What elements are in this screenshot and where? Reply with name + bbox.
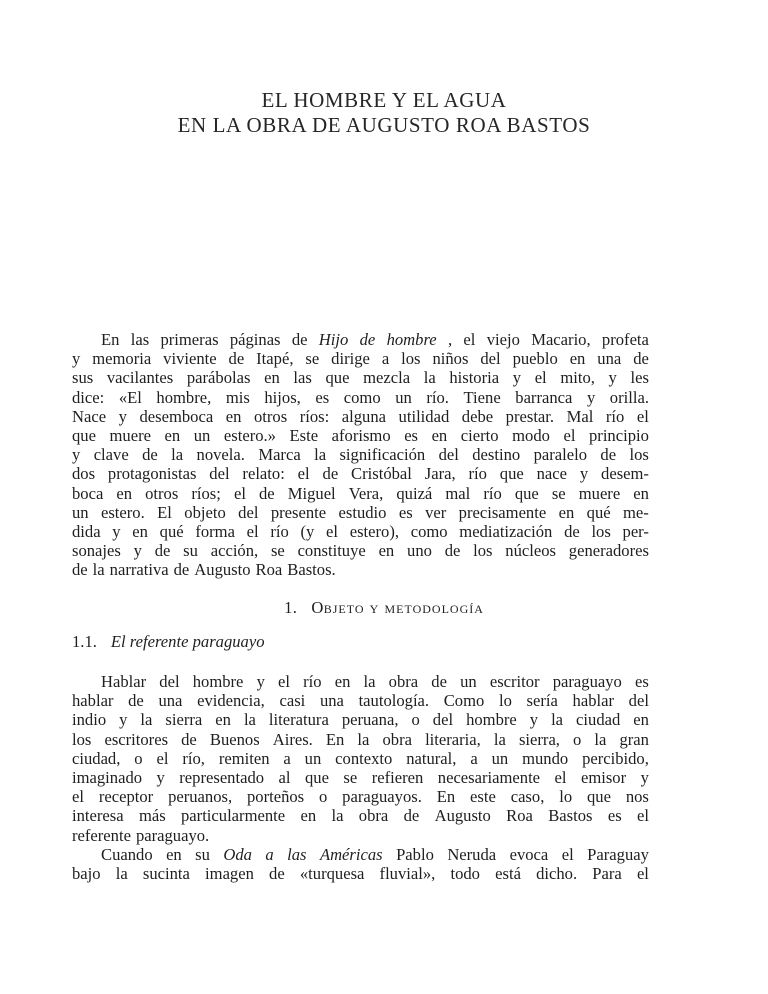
text-line: referenteparaguayo. xyxy=(72,826,649,845)
text-line: CuandoensuOdaalasAméricasPabloNerudaevoc… xyxy=(72,845,649,864)
subsection-heading-1-1: 1.1.El referente paraguayo xyxy=(72,632,265,652)
text-line: bocaenotrosríos;eldeMiguelVera,quizámalr… xyxy=(72,484,649,503)
body-paragraph-2: CuandoensuOdaalasAméricasPabloNerudaevoc… xyxy=(72,845,649,883)
section-title: bjeto y metodología xyxy=(324,598,484,617)
text-line: sonajesydesuacción,seconstituyeenunodelo… xyxy=(72,541,649,560)
section-number: 1. xyxy=(284,598,297,617)
text-line: quemuereenunestero.»Esteaforismoesencier… xyxy=(72,426,649,445)
section-title-initial: O xyxy=(311,598,323,617)
text-line: losescritoresdeBuenosAires.Enlaobraliter… xyxy=(72,730,649,749)
title-line-1: EL HOMBRE Y EL AGUA xyxy=(0,88,768,113)
text-line: Naceydesembocaenotrosríos:algunautilidad… xyxy=(72,407,649,426)
text-line: ciudad,oelrío,remitenauncontextonatural,… xyxy=(72,749,649,768)
text-line: EnlasprimeraspáginasdeHijodehombre,elvie… xyxy=(72,330,649,349)
text-line: unestero.Elobjetodelpresenteestudioesver… xyxy=(72,503,649,522)
text-line: interesamásparticularmenteenlaobradeAugu… xyxy=(72,806,649,825)
text-line: elreceptorperuanos,porteñosoparaguayos.E… xyxy=(72,787,649,806)
text-line: ymemoriavivientedeItapé,sedirigealosniño… xyxy=(72,349,649,368)
text-line: dice:«Elhombre,mishijos,escomounrío.Tien… xyxy=(72,388,649,407)
text-line: bajolasucintaimagende«turquesafluvial»,t… xyxy=(72,864,649,883)
subsection-number: 1.1. xyxy=(72,632,97,651)
text-line: indioylasierraenlaliteraturaperuana,odel… xyxy=(72,710,649,729)
text-line: imaginadoyrepresentadoalqueserefierennec… xyxy=(72,768,649,787)
text-line: susvacilantesparábolasenlasquemezclalahi… xyxy=(72,368,649,387)
text-line: delanarrativadeAugustoRoaBastos. xyxy=(72,560,649,579)
text-line: hablardeunaevidencia,casiunatautología.C… xyxy=(72,691,649,710)
text-line: dosprotagonistasdelrelato:eldeCristóbalJ… xyxy=(72,464,649,483)
subsection-title: El referente paraguayo xyxy=(111,632,265,651)
text-line: didayenquéformaelrío(yelestero),comomedi… xyxy=(72,522,649,541)
section-heading-1: 1.Objeto y metodología xyxy=(0,598,768,618)
text-line: yclavedelanovela.Marcalasignificacióndel… xyxy=(72,445,649,464)
body-paragraph-1: Hablardelhombreyelríoenlaobradeunescrito… xyxy=(72,672,649,845)
intro-paragraph: EnlasprimeraspáginasdeHijodehombre,elvie… xyxy=(72,330,649,579)
title-line-2: EN LA OBRA DE AUGUSTO ROA BASTOS xyxy=(0,113,768,138)
text-line: Hablardelhombreyelríoenlaobradeunescrito… xyxy=(72,672,649,691)
